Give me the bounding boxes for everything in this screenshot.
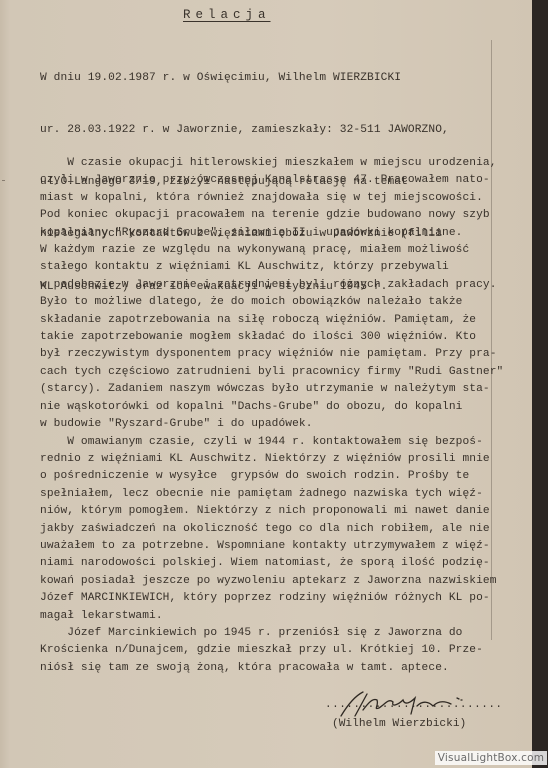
body-line: W każdym razie ze względu na wykonywaną … [40,242,503,259]
body-line: Pod koniec okupacji pracowałem na tereni… [40,207,503,224]
body-line: nie wąskotorówki od kopalni "Dachs-Grube… [40,399,503,416]
document-title: Relacja [183,8,271,22]
signature-line: ......................... [325,699,503,711]
body-line: w budowie "Ryszard-Grube" i do upadówek. [40,416,503,433]
intro-line: W dniu 19.02.1987 r. w Oświęcimiu, Wilhe… [40,70,449,87]
intro-line: ur. 28.03.1922 r. w Jaworznie, zamieszka… [40,122,449,139]
body-line: cach tych częściowo zatrudnieni byli pra… [40,364,503,381]
body-line: niów, którym pomogłem. Niektórzy z nich … [40,503,503,520]
paper-mark [2,180,5,181]
body-line: takie zapotrzebowanie mogłem składać do … [40,329,503,346]
page-border [532,0,548,768]
body-line: niósł się tam ze swoją żoną, która praco… [40,660,503,677]
body-line: (starcy). Zadaniem naszym wówczas było u… [40,381,503,398]
body-text: W czasie okupacji hitlerowskiej mieszkał… [40,155,503,677]
body-line: miast w kopalni, która również znajdował… [40,190,503,207]
body-line: W czasie okupacji hitlerowskiej mieszkał… [40,155,503,172]
body-line: uważałem to za potrzebne. Wspomniane kon… [40,538,503,555]
body-line: magał lekarstwami. [40,608,503,625]
body-line: rednio z więźniami KL Auschwitz. Niektór… [40,451,503,468]
document-page: Relacja W dniu 19.02.1987 r. w Oświęcimi… [0,0,532,768]
body-line: niami narodowości polskiej. Wiem natomia… [40,555,503,572]
signatory-name: (Wilhelm Wierzbicki) [332,718,466,730]
body-line: w podobozie w Jaworznie i zatrudnieni by… [40,277,503,294]
body-line: W omawianym czasie, czyli w 1944 r. kont… [40,434,503,451]
body-line: był rzeczywistym dysponentem pracy więźn… [40,346,503,363]
body-line: Było to możliwe dlatego, że do moich obo… [40,294,503,311]
body-line: kopalniany "Ryszard Grube", siłownię II … [40,225,503,242]
body-line: Józef MARCINKIEWICH, który poprzez rodzi… [40,590,503,607]
body-line: kowań posiadał jeszcze po wyzwoleniu apt… [40,573,503,590]
body-line: o pośredniczenie w wysyłce grypsów do sw… [40,468,503,485]
body-line: składanie zapotrzebowania na siłę robocz… [40,312,503,329]
body-line: Krościenka n/Dunajcem, gdzie mieszkał pr… [40,642,503,659]
watermark: VisualLightBox.com [435,751,547,765]
body-line: stałego kontaktu z więźniami KL Auschwit… [40,259,503,276]
body-line: Józef Marcinkiewich po 1945 r. przeniósł… [40,625,503,642]
body-line: jakby zaświadczeń na okoliczność tego co… [40,521,503,538]
body-line: spełniałem, lecz obecnie nie pamiętam ża… [40,486,503,503]
body-line: czyli w Jaworznie przy ówczesnej Kanalst… [40,172,503,189]
